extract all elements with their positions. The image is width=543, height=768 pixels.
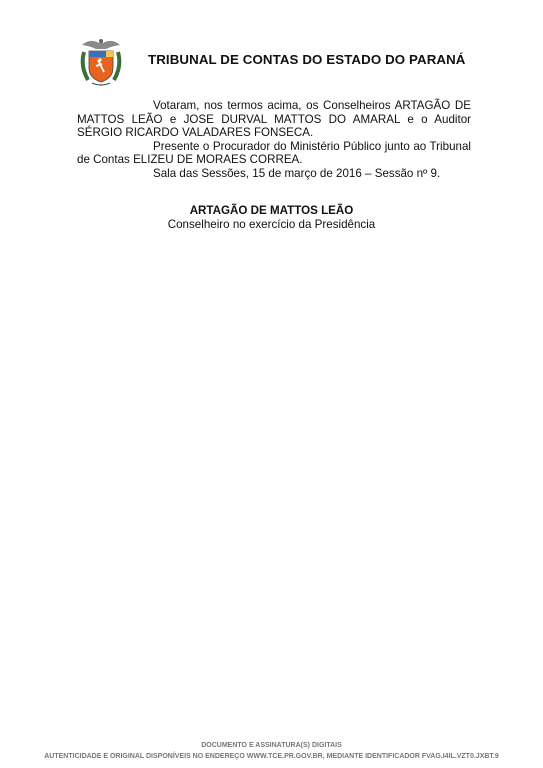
signatory-name: ARTAGÃO DE MATTOS LEÃO <box>0 204 543 218</box>
footer-line-2: AUTENTICIDADE E ORIGINAL DISPONÍVEIS NO … <box>0 752 543 763</box>
document-footer: DOCUMENTO E ASSINATURA(S) DIGITAIS AUTEN… <box>0 741 543 762</box>
page-title: TRIBUNAL DE CONTAS DO ESTADO DO PARANÁ <box>148 52 466 67</box>
parana-coat-of-arms-icon <box>78 36 124 88</box>
document-body: Votaram, nos termos acima, os Conselheir… <box>77 99 471 181</box>
paragraph-votes: Votaram, nos termos acima, os Conselheir… <box>77 99 471 140</box>
signatory-role: Conselheiro no exercício da Presidência <box>0 218 543 232</box>
paragraph-procurador: Presente o Procurador do Ministério Públ… <box>77 140 471 167</box>
document-header: TRIBUNAL DE CONTAS DO ESTADO DO PARANÁ <box>78 36 498 88</box>
paragraph-session: Sala das Sessões, 15 de março de 2016 – … <box>77 167 471 181</box>
footer-line-1: DOCUMENTO E ASSINATURA(S) DIGITAIS <box>0 741 543 752</box>
signature-block: ARTAGÃO DE MATTOS LEÃO Conselheiro no ex… <box>0 204 543 232</box>
